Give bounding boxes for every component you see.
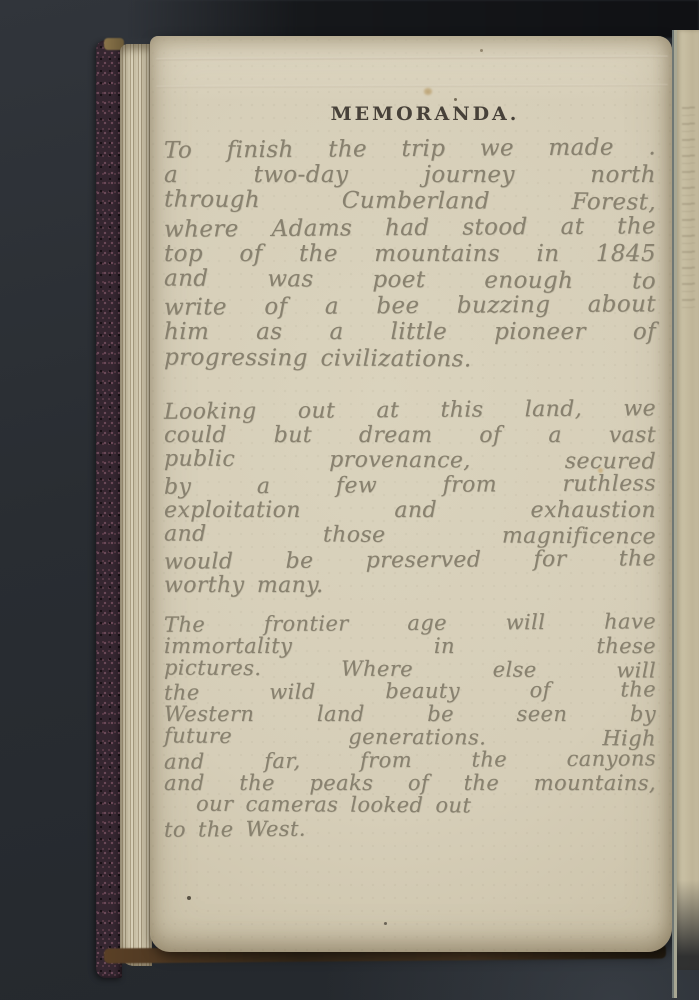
book-spine [96, 40, 122, 978]
adjacent-page-edge [677, 30, 699, 970]
page-top-crease [156, 56, 668, 61]
handwriting-line: and those magnificence [164, 521, 656, 549]
paragraph-1: To finish the trip we made . a two-day j… [164, 136, 656, 372]
page-edges [120, 44, 152, 966]
ink-bleedthrough-marks [682, 100, 695, 310]
paragraph-3: The frontier age will have immortality i… [164, 612, 656, 840]
paper-stain [424, 88, 432, 95]
handwriting-line: a two-day journey north [164, 162, 656, 188]
handwriting-line: worthy many. [164, 573, 656, 598]
handwriting-line: exploitation and exhaustion [164, 498, 656, 523]
paper-speck [384, 922, 387, 925]
handwriting-line: To finish the trip we made . [164, 134, 656, 164]
page-title: MEMORANDA. [150, 103, 672, 125]
handwriting-line: him as a little pioneer of [164, 319, 656, 345]
notebook-page: MEMORANDA. To finish the trip we made . … [150, 36, 672, 952]
handwriting-line: where Adams had stood at the [164, 213, 656, 243]
handwriting-line: The frontier age will have [164, 610, 656, 636]
handwriting-line: Looking out at this land, we [164, 396, 656, 424]
backdrop-top-shadow [128, 0, 699, 38]
handwriting-line: write of a bee buzzing about [164, 291, 656, 321]
handwriting-line: the wild beauty of the [164, 679, 656, 705]
photo-backdrop: MEMORANDA. To finish the trip we made . … [0, 0, 699, 1000]
page-top-crease [156, 84, 668, 88]
handwriting-line: Western land be seen by [164, 703, 656, 726]
paper-speck [187, 896, 191, 900]
adjacent-page-shadow [677, 880, 699, 970]
handwriting-line: through Cumberland Forest, [164, 187, 656, 216]
handwriting-line: and far, from the canyons [164, 747, 656, 773]
handwriting-line: by a few from ruthless [164, 471, 656, 499]
handwriting-line: could but dream of a vast [164, 423, 656, 448]
handwriting-line: immortality in these [164, 635, 656, 658]
paper-speck [454, 98, 457, 101]
paper-speck [480, 49, 483, 52]
handwriting-line: would be preserved for the [164, 546, 656, 574]
handwriting-line: and was poet enough to [164, 265, 656, 294]
paragraph-2: Looking out at this land, we could but d… [164, 398, 656, 598]
handwriting-line: to the West. [164, 815, 656, 841]
handwriting-line: progressing civilizations. [164, 344, 656, 373]
handwriting-line: public provenance, secured [164, 446, 656, 474]
handwriting-line: top of the mountains in 1845 [164, 241, 656, 267]
paper-stain [598, 468, 603, 473]
